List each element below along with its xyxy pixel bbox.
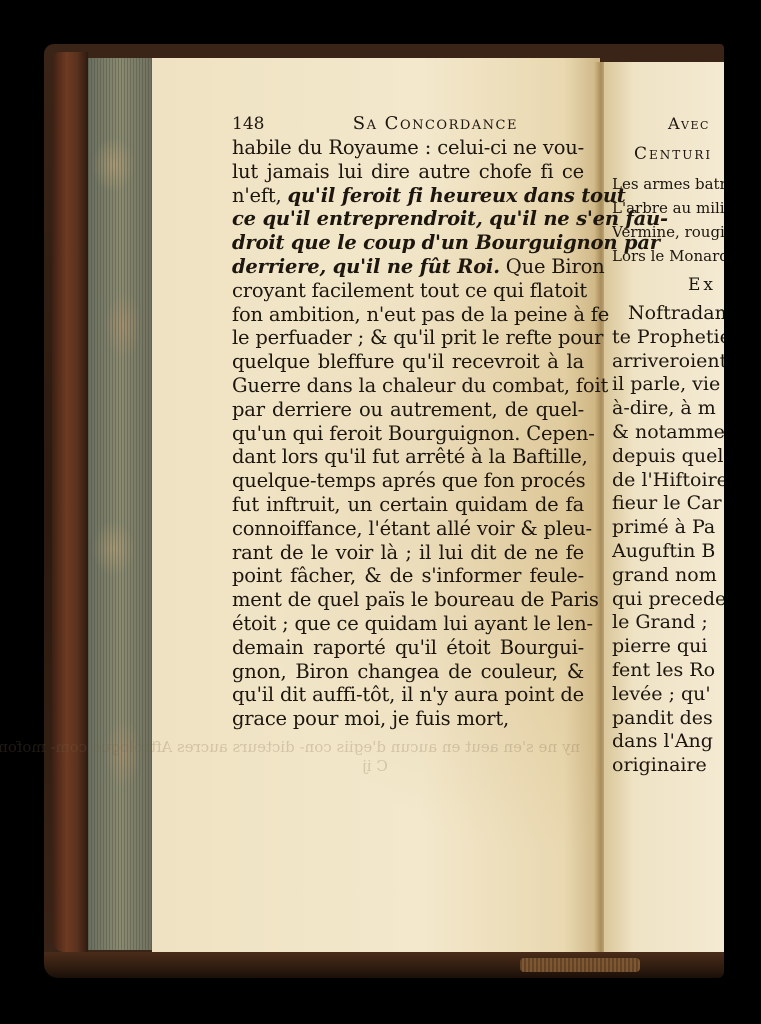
text-line: pierre qui <box>612 635 724 659</box>
text-line: croyant facilement tout ce qui flatoit <box>232 279 584 303</box>
text-segment: rant de le voir là ; il lui dit de ne fe <box>232 541 584 564</box>
text-segment: étoit ; que ce quidam lui ayant le len- <box>232 612 593 635</box>
right-running-head: Avec <box>612 112 724 136</box>
verse-line: L'arbre au milie <box>612 196 724 220</box>
text-line: Noftradam <box>612 302 724 326</box>
italic-text-segment: qu'il feroit fi heureux dans tout <box>288 184 626 207</box>
text-segment: lut jamais lui dire autre chofe fi ce <box>232 160 584 183</box>
bleed-line: ny ne s'en aeut en aucun d'egiis con- <box>300 738 580 756</box>
text-line: primé à Pa <box>612 516 724 540</box>
text-segment: point fâcher, & de s'informer feule- <box>232 564 584 587</box>
text-line: depuis quel <box>612 445 724 469</box>
text-line: grand nom <box>612 564 724 588</box>
text-line: étoit ; que ce quidam lui ayant le len- <box>232 612 584 636</box>
text-line: à-dire, à m <box>612 397 724 421</box>
book-binding-edge <box>52 52 88 952</box>
right-body-text: Noftradamte Prophetiearriveroientil parl… <box>612 302 724 778</box>
text-segment: le perfuader ; & qu'il prit le refte pou… <box>232 326 603 349</box>
text-line: quelque bleffure qu'il recevroit à la <box>232 350 584 374</box>
italic-text-segment: droit que le coup d'un Bourguignon par <box>232 231 660 254</box>
page-number: 148 <box>232 113 264 137</box>
text-line: droit que le coup d'un Bourguignon par <box>232 231 584 255</box>
bleed-signature-mark: C ij <box>250 757 500 776</box>
text-segment: qu'un qui feroit Bourguignon. Cepen- <box>232 422 595 445</box>
italic-text-segment: derriere, qu'il ne fût Roi. <box>232 255 500 278</box>
text-segment: n'eft, <box>232 184 288 207</box>
book-headband <box>520 958 640 972</box>
text-line: ment de quel païs le boureau de Paris <box>232 588 584 612</box>
text-line: & notamme <box>612 421 724 445</box>
text-segment: connoiffance, l'étant allé voir & pleu- <box>232 517 592 540</box>
text-segment: ment de quel païs le boureau de Paris <box>232 588 599 611</box>
running-head-title: Sa Concordance <box>353 112 518 136</box>
text-line: dans l'Ang <box>612 730 724 754</box>
text-segment: croyant facilement tout ce qui flatoit <box>232 279 587 302</box>
text-line: ce qu'il entreprendroit, qu'il ne s'en f… <box>232 207 584 231</box>
explication-heading: Ex <box>612 268 724 302</box>
text-line: qui precede <box>612 588 724 612</box>
bleed-line: mofonetiers, qui paffent pour le plus <box>0 738 46 756</box>
text-segment: grace pour moi, je fuis mort, <box>232 707 509 730</box>
text-segment: quelque bleffure qu'il recevroit à la <box>232 350 584 373</box>
text-line: grace pour moi, je fuis mort, <box>232 707 584 731</box>
left-page-text: 148 Sa Concordance habile du Royaume : c… <box>232 112 584 731</box>
text-line: Auguftin B <box>612 540 724 564</box>
text-line: le Grand ; <box>612 611 724 635</box>
text-line: fieur le Car <box>612 492 724 516</box>
bleed-through-text: ny ne s'en aeut en aucun d'egiis con- di… <box>250 738 580 776</box>
verse-block: Les armes batre L'arbre au milie Vermine… <box>612 172 724 268</box>
text-segment: gnon, Biron changea de couleur, & <box>232 660 584 683</box>
text-segment: par derriere ou autrement, de quel- <box>232 398 584 421</box>
text-line: quelque-temps aprés que fon procés <box>232 469 584 493</box>
verse-line: Vermine, rougi <box>612 220 724 244</box>
body-text: habile du Royaume : celui-ci ne vou-lut … <box>232 136 584 731</box>
text-line: lut jamais lui dire autre chofe fi ce <box>232 160 584 184</box>
text-line: originaire <box>612 754 724 778</box>
text-line: pandit des <box>612 707 724 731</box>
text-segment: fut inftruit, un certain quidam de fa <box>232 493 584 516</box>
text-line: fut inftruit, un certain quidam de fa <box>232 493 584 517</box>
verse-line: Lors le Monarq <box>612 244 724 268</box>
text-segment: Que Biron <box>500 255 605 278</box>
marbled-page-edges <box>88 58 152 950</box>
text-line: fon ambition, n'eut pas de la peine à fe <box>232 303 584 327</box>
text-line: n'eft, qu'il feroit fi heureux dans tout <box>232 184 584 208</box>
text-segment: Guerre dans la chaleur du combat, foit <box>232 374 608 397</box>
text-line: rant de le voir là ; il lui dit de ne fe <box>232 541 584 565</box>
text-line: point fâcher, & de s'informer feule- <box>232 564 584 588</box>
text-line: il parle, vie <box>612 373 724 397</box>
section-title: Centuri <box>612 136 724 172</box>
italic-text-segment: ce qu'il entreprendroit, qu'il ne s'en f… <box>232 207 668 230</box>
text-segment: quelque-temps aprés que fon procés <box>232 469 585 492</box>
bleed-line: dicteurs aucres Aftrologue com- <box>50 738 294 756</box>
text-line: dant lors qu'il fut arrêté à la Baftille… <box>232 445 584 469</box>
right-page-text: Avec Centuri Les armes batre L'arbre au … <box>612 112 724 778</box>
text-line: fent les Ro <box>612 659 724 683</box>
text-line: demain raporté qu'il étoit Bourgui- <box>232 636 584 660</box>
text-line: qu'il dit auffi-tôt, il n'y aura point d… <box>232 683 584 707</box>
text-line: de l'Hiftoire <box>612 469 724 493</box>
text-line: le perfuader ; & qu'il prit le refte pou… <box>232 326 584 350</box>
text-segment: habile du Royaume : celui-ci ne vou- <box>232 136 584 159</box>
text-segment: demain raporté qu'il étoit Bourgui- <box>232 636 584 659</box>
text-line: gnon, Biron changea de couleur, & <box>232 660 584 684</box>
verse-line: Les armes batre <box>612 172 724 196</box>
text-line: arriveroient <box>612 350 724 374</box>
text-line: qu'un qui feroit Bourguignon. Cepen- <box>232 422 584 446</box>
text-line: te Prophetie <box>612 326 724 350</box>
text-line: connoiffance, l'étant allé voir & pleu- <box>232 517 584 541</box>
text-line: par derriere ou autrement, de quel- <box>232 398 584 422</box>
text-line: derriere, qu'il ne fût Roi. Que Biron <box>232 255 584 279</box>
text-line: habile du Royaume : celui-ci ne vou- <box>232 136 584 160</box>
text-segment: dant lors qu'il fut arrêté à la Baftille… <box>232 445 588 468</box>
text-segment: qu'il dit auffi-tôt, il n'y aura point d… <box>232 683 584 706</box>
text-line: levée ; qu' <box>612 683 724 707</box>
text-line: Guerre dans la chaleur du combat, foit <box>232 374 584 398</box>
text-segment: fon ambition, n'eut pas de la peine à fe <box>232 303 609 326</box>
running-head: 148 Sa Concordance <box>232 112 584 136</box>
